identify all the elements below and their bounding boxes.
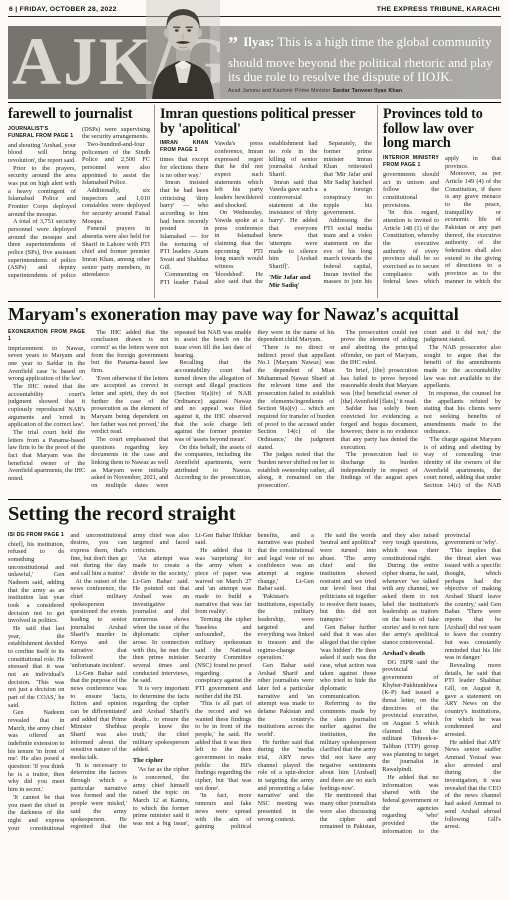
body-paragraph: The judges noted that the 'burden never … xyxy=(257,451,334,489)
article-body: EXONERATION FROM PAGE 1 imprisonment to … xyxy=(8,329,501,496)
article-setting-record-straight: Setting the record straight ISI DG FROM … xyxy=(8,504,501,838)
body-paragraph: governments should act in unison and fol… xyxy=(383,171,439,209)
quote-mark-icon: ” xyxy=(228,33,238,55)
body-paragraph: chief], his institution, refused to do s… xyxy=(8,541,64,625)
section-divider xyxy=(8,301,501,302)
page-header: 6 | FRIDAY, OCTOBER 28, 2022 THE EXPRESS… xyxy=(8,4,501,17)
body-paragraph: Lt-Gen Babar said that the purpose of th… xyxy=(70,670,126,762)
body-paragraph: Gen Nadeem revealed that in March, the a… xyxy=(8,709,64,793)
body-paragraph: 'In brief, [the] prosecution has failed … xyxy=(341,367,418,405)
body-paragraph: Moreover, as per Article 149 (4) of the … xyxy=(445,155,501,293)
folio-date: 6 | FRIDAY, OCTOBER 28, 2022 xyxy=(9,6,117,13)
quote-speaker: Ilyas: xyxy=(243,34,274,49)
body-paragraph: Additionally, six inspectors and 1,010 c… xyxy=(82,187,150,225)
body-paragraph: 'This is all part of the record and we w… xyxy=(195,700,251,792)
body-paragraph: imprisonment to Nawaz, seven years to Ma… xyxy=(8,345,85,383)
article-body: INTERIOR MINISTRY FROM PAGE 1 government… xyxy=(383,155,501,293)
article-farewell-to-journalist: farewell to journalist JOURNALIST'S FUNE… xyxy=(8,105,154,298)
body-paragraph: Imran insisted that he had been criticis… xyxy=(160,179,209,271)
body-paragraph: Referring to the comments made by the sl… xyxy=(320,700,376,792)
body-paragraph: In response, the counsel for the appella… xyxy=(424,390,501,436)
body-text: times that except for elections there is… xyxy=(160,140,372,290)
body-paragraph: Revealing more details, he said that PTI… xyxy=(445,662,501,739)
banner-quote: ” Ilyas: This is a high time the global … xyxy=(228,33,496,94)
body-paragraph: 'An attempt was made to create a divide … xyxy=(133,555,189,685)
headline-provinces: Provinces told to follow law over long m… xyxy=(383,107,501,151)
body-text: imprisonment to Nawaz, seven years to Ma… xyxy=(8,329,501,496)
body-paragraph: 'This implies that the threat alert was … xyxy=(445,547,501,662)
body-text: and shouting 'Arshad, your blood will br… xyxy=(8,126,150,293)
section-banner: AJK/GB ” Ilyas: This is a high time the … xyxy=(8,26,501,99)
body-text: chief], his institution, refused to do s… xyxy=(8,532,501,838)
body-paragraph: The IHC added that 'the conclusion drawn… xyxy=(91,329,168,375)
top-articles-row: farewell to journalist JOURNALIST'S FUNE… xyxy=(8,105,501,298)
body-paragraph: The NAB prosecutor also sought to argue … xyxy=(424,344,501,390)
headline-isi: Setting the record straight xyxy=(8,504,501,525)
article-imran-questions-presser: Imran questions political presser by 'ap… xyxy=(154,105,377,298)
body-paragraph: and shouting 'Arshad, your blood will br… xyxy=(8,142,76,165)
attribution-name: Sardar Tanveer Ilyas Khan xyxy=(332,88,402,94)
speaker-photo xyxy=(146,0,220,99)
body-paragraph: Separately, the former prime minister Im… xyxy=(324,140,373,217)
body-paragraph: Imran said that Vawda gave such a contro… xyxy=(269,179,318,271)
body-paragraph: 'There is no direct or indirect proof th… xyxy=(257,344,334,451)
attribution-prefix: Azad Jammu and Kashmir Prime Minister xyxy=(228,88,332,94)
body-paragraph: Two-hundred-and-four policemen of the Si… xyxy=(82,141,150,187)
body-paragraph: DG ISPR said the provincial government o… xyxy=(382,659,438,774)
body-paragraph: He further said that during the 'media t… xyxy=(258,739,314,823)
quote-line: ” Ilyas: This is a high time the global … xyxy=(228,33,496,85)
body-paragraph: At the outset of the news conference, th… xyxy=(70,578,126,670)
kicker-maryam: EXONERATION FROM PAGE 1 xyxy=(8,329,85,343)
body-paragraph: He said the words 'neutral and apolitica… xyxy=(320,532,376,624)
body-paragraph: 'Even otherwise if the letters are accep… xyxy=(91,375,168,436)
body-paragraph: During the entire cipher drama, he said,… xyxy=(382,562,438,646)
folio-publication: THE EXPRESS TRIBUNE, KARACHI xyxy=(377,6,500,13)
body-paragraph: Gen Babar further said that it was also … xyxy=(320,624,376,701)
kicker-imran: IMRAN KHAN FROM PAGE 1 xyxy=(160,140,209,154)
article-body: ISI DG FROM PAGE 1 chief], his instituti… xyxy=(8,532,501,838)
article-body: JOURNALIST'S FUNERAL FROM PAGE 1 and sho… xyxy=(8,126,150,293)
headline-imran: Imran questions political presser by 'ap… xyxy=(160,107,372,136)
body-paragraph: He added that ARY News senior staffer Am… xyxy=(445,739,501,831)
column-subhead: 'Mir Jafar and Mir Sadiq' xyxy=(269,274,318,290)
portrait-photo xyxy=(146,0,220,99)
body-paragraph: Prior to the prayers, security around th… xyxy=(8,165,76,219)
body-paragraph: Recalling that the accountability court … xyxy=(174,359,251,443)
body-paragraph: The trial court held the letters from a … xyxy=(8,429,85,483)
column-subhead: Arshad's death xyxy=(382,650,438,658)
body-paragraph: Funeral prayers in absentia were also he… xyxy=(82,225,150,279)
body-paragraph: The IHC noted that the accountability co… xyxy=(8,383,85,429)
article-provinces-long-march: Provinces told to follow law over long m… xyxy=(377,105,501,298)
body-paragraph: 'It is very important to determine the f… xyxy=(133,685,189,754)
body-paragraph: times that except for elections there is… xyxy=(160,156,209,179)
body-paragraph: He said that last year, the establishmen… xyxy=(8,625,64,709)
article-maryam-exoneration: Maryam's exoneration may pave way for Na… xyxy=(8,305,501,496)
body-paragraph: Terming the cipher 'baseless and unfound… xyxy=(195,616,251,700)
body-paragraph: Gen Babar said Arshad Sharif and other j… xyxy=(258,662,314,739)
kicker-isi: ISI DG FROM PAGE 1 xyxy=(8,532,64,539)
quote-attribution: Azad Jammu and Kashmir Prime Minister Sa… xyxy=(228,88,496,94)
body-paragraph: 'Pakistan's institutions, especially the… xyxy=(258,593,314,662)
body-paragraph: The prosecution could not prove the elem… xyxy=(341,329,418,367)
body-paragraph: Safdar has solely been convicted for evi… xyxy=(341,405,418,451)
column-subhead: The cipher xyxy=(133,757,189,765)
section-divider xyxy=(8,499,501,500)
kicker-farewell: JOURNALIST'S FUNERAL FROM PAGE 1 xyxy=(8,126,76,140)
kicker-provinces: INTERIOR MINISTRY FROM PAGE 1 xyxy=(383,155,439,169)
article-body: IMRAN KHAN FROM PAGE 1 times that except… xyxy=(160,140,372,290)
headline-farewell: farewell to journalist xyxy=(8,107,150,122)
body-text: governments should act in unison and fol… xyxy=(383,155,501,293)
body-paragraph: He added that it was 'surprising' for th… xyxy=(195,547,251,616)
headline-maryam: Maryam's exoneration may pave way for Na… xyxy=(8,305,501,324)
